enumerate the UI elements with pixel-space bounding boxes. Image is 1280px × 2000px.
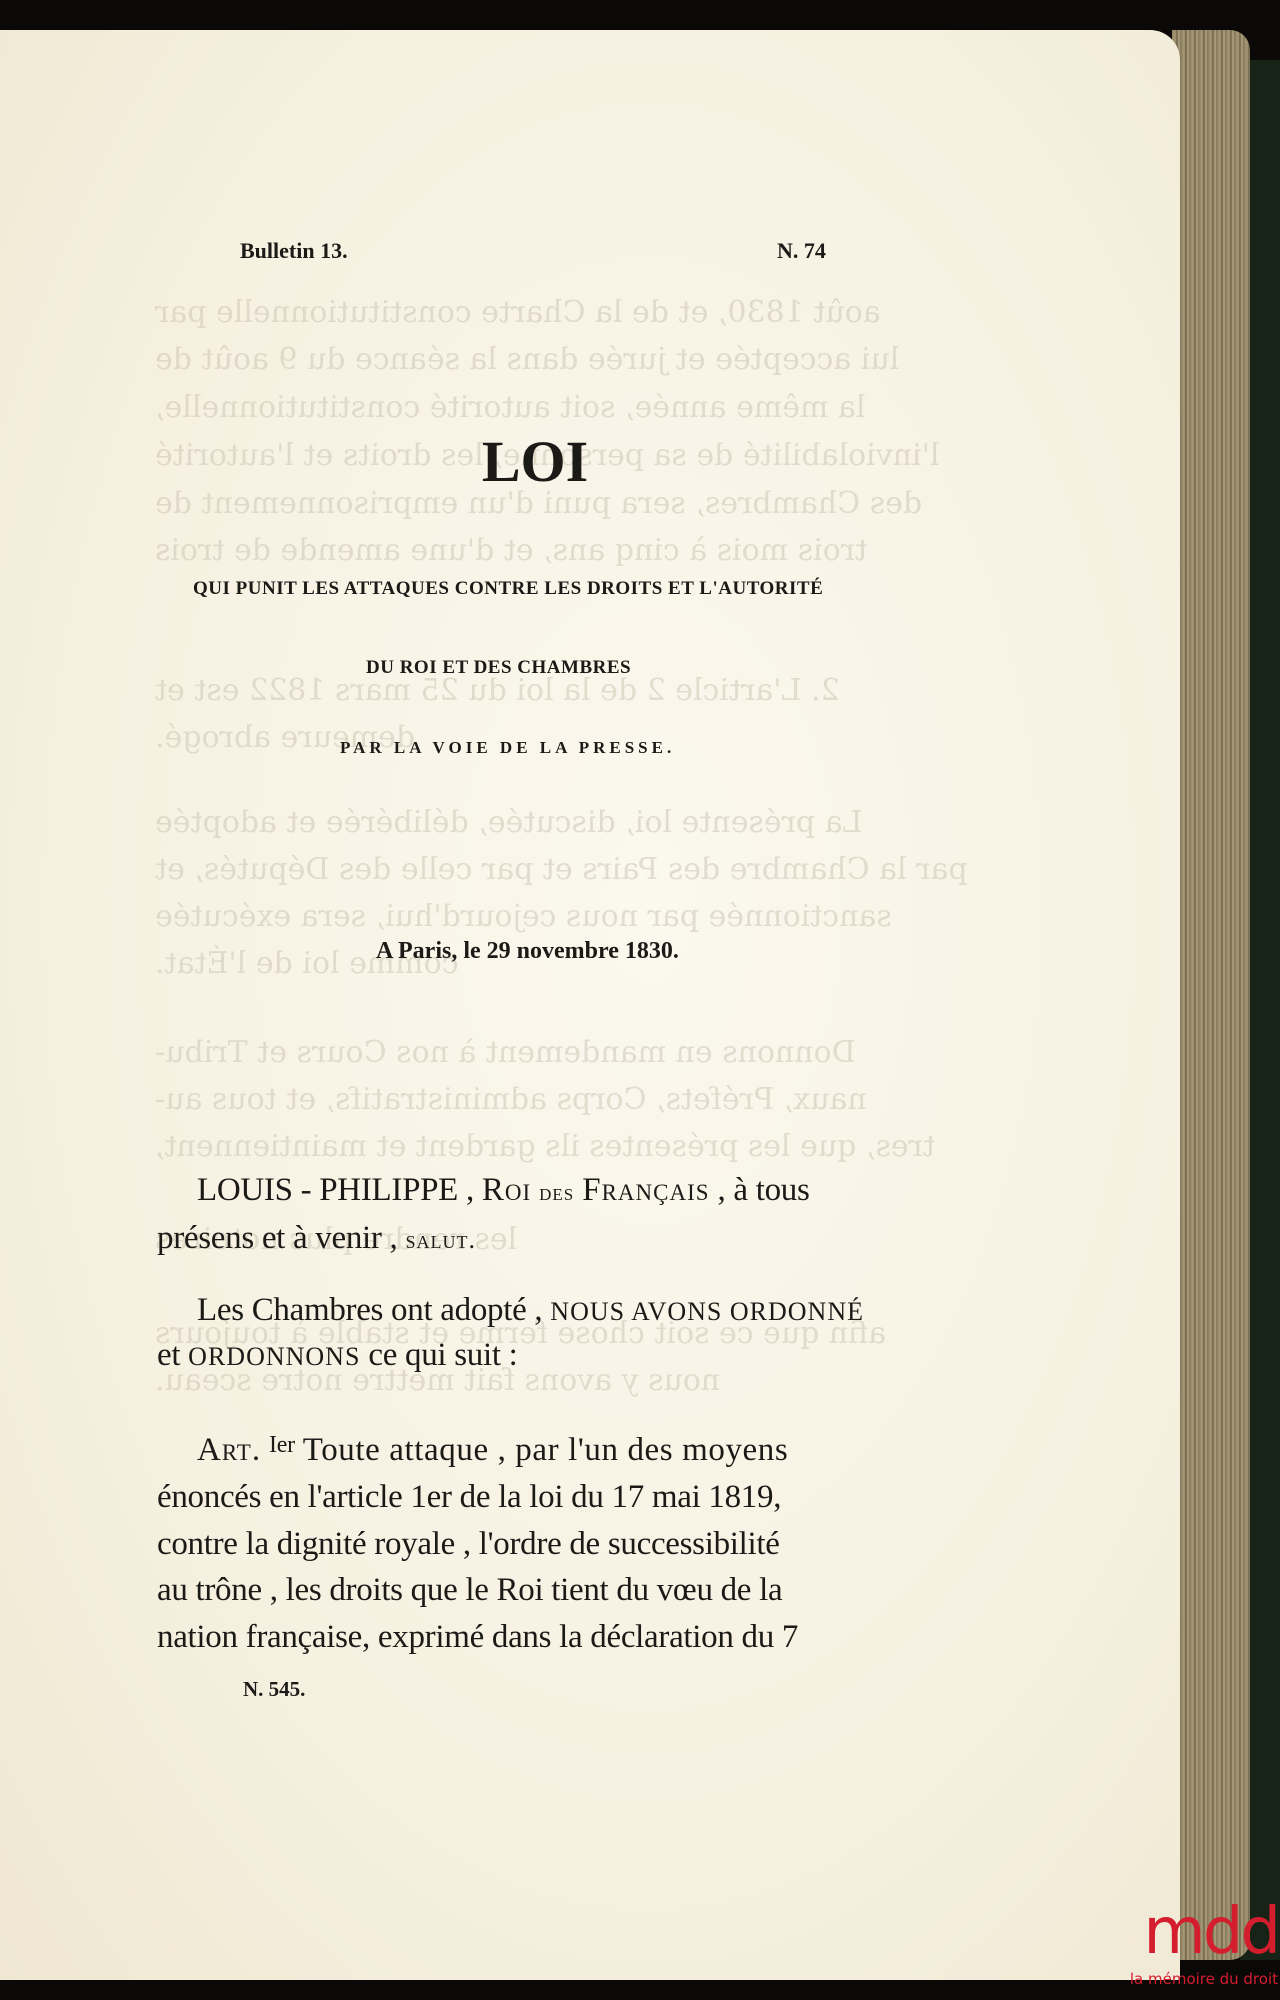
subtitle-line-1: QUI PUNIT LES ATTAQUES CONTRE LES DROITS…	[193, 578, 823, 600]
article-1-line-1: Art. Ier Toute attaque , par l'un des mo…	[197, 1432, 788, 1469]
article-1-line-5: nation française, exprimé dans la déclar…	[157, 1619, 798, 1656]
article-1-line-3: contre la dignité royale , l'ordre de su…	[157, 1526, 780, 1563]
enactment-line-2: et ordonnons ce qui suit :	[157, 1337, 518, 1374]
enactment-et: et	[157, 1337, 180, 1373]
subtitle-line-2: DU ROI ET DES CHAMBRES	[366, 657, 631, 679]
enactment-text: Les Chambres ont adopté ,	[197, 1292, 542, 1328]
bleed-through-line: août 1830, et de la Charte constitutionn…	[155, 295, 881, 330]
book-page-edges	[1172, 30, 1250, 1960]
bleed-through-line: la même année, soit autorité constitutio…	[155, 390, 866, 425]
enactment-rest: ce qui suit :	[368, 1337, 517, 1373]
book-page: août 1830, et de la Charte constitutionn…	[0, 30, 1180, 1980]
article-text: Toute attaque , par l'un des moyens	[303, 1432, 789, 1468]
subtitle-line-3: PAR LA VOIE DE LA PRESSE.	[340, 738, 675, 758]
mdd-watermark-logo: mdd la mémoire du droit	[1108, 1900, 1278, 1988]
bleed-through-line: naux, Préfets, Corps administratifs, et …	[155, 1082, 867, 1117]
bleed-through-line: lui acceptée et jurée dans la séance du …	[155, 342, 899, 377]
article-1-line-4: au trône , les droits que le Roi tient d…	[157, 1572, 782, 1609]
preamble-line-2: présens et à venir , salut.	[157, 1220, 476, 1257]
bleed-through-line: tres, que les présentes ils gardent et m…	[155, 1129, 935, 1164]
king-name: LOUIS - PHILIPPE	[197, 1172, 458, 1208]
bleed-through-line: Donnons en mandement à nos Cours et Trib…	[155, 1035, 856, 1070]
salut: salut.	[405, 1225, 476, 1254]
enactment-line-1: Les Chambres ont adopté , nous avons ord…	[197, 1292, 864, 1329]
signature-number: N. 545.	[243, 1677, 305, 1702]
bleed-through-line: trois mois à cinq ans, et d'une amende d…	[155, 533, 867, 568]
title-des: des	[539, 1180, 574, 1206]
mdd-logo-icon: mdd	[1108, 1900, 1278, 1964]
bleed-through-line: par la Chambre des Pairs et par celle de…	[155, 852, 968, 887]
document-title: LOI	[0, 428, 1125, 495]
law-number: N. 74	[777, 238, 826, 264]
article-number: Ier	[269, 1432, 295, 1458]
article-label: Art.	[197, 1432, 261, 1468]
title-roi: Roi	[482, 1172, 531, 1208]
enactment-caps: nous avons ordonné	[550, 1297, 864, 1326]
preamble-rest: , à tous	[718, 1172, 810, 1208]
enactment-caps-2: ordonnons	[188, 1342, 360, 1371]
preamble-line-1: LOUIS - PHILIPPE , Roi des Français , à …	[197, 1172, 810, 1209]
mdd-tagline: la mémoire du droit	[1108, 1970, 1278, 1988]
preamble-line2-text: présens et à venir ,	[157, 1220, 398, 1256]
bleed-through-line: sanctionnée par nous cejourd'hui, sera e…	[155, 899, 892, 934]
title-francais: Français	[582, 1172, 709, 1208]
date-line: A Paris, le 29 novembre 1830.	[376, 938, 679, 965]
bulletin-number: Bulletin 13.	[240, 238, 348, 264]
bleed-through-line: La présente loi, discutée, délibérée et …	[155, 805, 863, 840]
article-1-line-2: énoncés en l'article 1er de la loi du 17…	[157, 1479, 781, 1516]
